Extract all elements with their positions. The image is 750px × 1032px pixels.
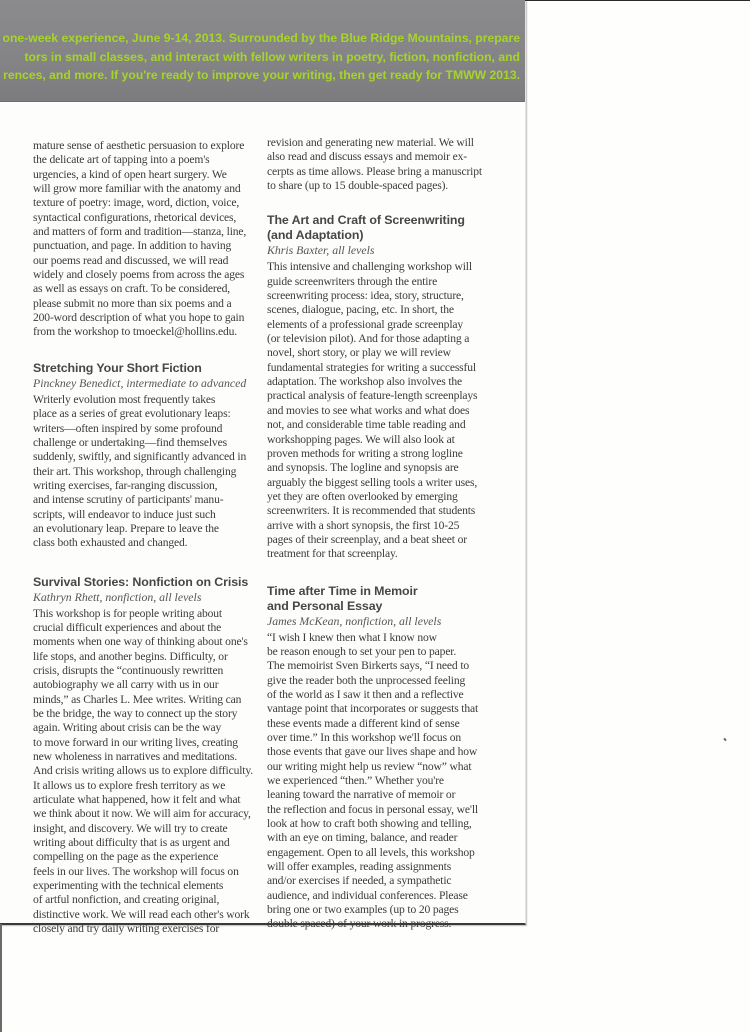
text-line: these events made a different kind of se… xyxy=(267,717,497,731)
section-byline: Kathryn Rhett, nonfiction, all levels xyxy=(33,590,263,604)
text-line: scripts, will endeavor to induce just su… xyxy=(33,508,263,522)
text-line: revision and generating new material. We… xyxy=(267,136,497,150)
scan-speck xyxy=(723,738,726,742)
text-line: arrive with a short synopsis, the first … xyxy=(267,519,497,533)
text-line: double spaced) of your work in progress. xyxy=(267,917,497,931)
text-line: please submit no more than six poems and… xyxy=(33,297,263,311)
text-line: scenes, dialogue, pacing, etc. In short,… xyxy=(267,303,497,317)
text-line: and/or exercises if needed, a sympatheti… xyxy=(267,874,497,888)
text-line: suddenly, swiftly, and significantly adv… xyxy=(33,450,263,464)
text-line: experimenting with the technical element… xyxy=(33,879,263,893)
right-column: revision and generating new material. We… xyxy=(267,136,497,932)
text-line: and synopsis. The logline and synopsis a… xyxy=(267,461,497,475)
text-line: look at how to craft both showing and te… xyxy=(267,817,497,831)
text-line: This intensive and challenging workshop … xyxy=(267,260,497,274)
text-line: writing about difficulty that is as urge… xyxy=(33,836,263,850)
banner-line: tors in small classes, and interact with… xyxy=(2,48,520,67)
text-line: syntactical configurations, rhetorical d… xyxy=(33,211,263,225)
text-line: It allows us to explore fresh territory … xyxy=(33,779,263,793)
text-line: compelling on the page as the experience xyxy=(33,850,263,864)
section-byline: Khris Baxter, all levels xyxy=(267,243,497,257)
text-line: “I wish I knew then what I know now xyxy=(267,631,497,645)
text-line: treatment for that screenplay. xyxy=(267,547,497,561)
text-line: closely and try daily writing exercises … xyxy=(33,922,263,936)
text-line: the reflection and focus in personal ess… xyxy=(267,803,497,817)
text-line: (or television pilot). And for those ada… xyxy=(267,332,497,346)
text-line: widely and closely poems from across the… xyxy=(33,268,263,282)
scanned-page: one-week experience, June 9-14, 2013. Su… xyxy=(0,0,526,925)
text-line: we experienced “then.” Whether you're xyxy=(267,774,497,788)
text-line: give the reader both the unprocessed fee… xyxy=(267,674,497,688)
text-line: and matters of form and tradition—stanza… xyxy=(33,225,263,239)
text-line: proven methods for writing a strong logl… xyxy=(267,447,497,461)
section-title-line: and Personal Essay xyxy=(267,599,497,614)
text-line: feels in our lives. The workshop will fo… xyxy=(33,865,263,879)
banner-line: one-week experience, June 9-14, 2013. Su… xyxy=(2,29,520,48)
text-line: adaptation. The workshop also involves t… xyxy=(267,375,497,389)
text-line: writing exercises, far-ranging discussio… xyxy=(33,479,263,493)
section-title: Survival Stories: Nonfiction on Crisis xyxy=(33,575,263,590)
text-line: life stops, and another begins. Difficul… xyxy=(33,650,263,664)
text-line: screenwriters. It is recommended that st… xyxy=(267,504,497,518)
text-line: with an eye on timing, balance, and read… xyxy=(267,831,497,845)
text-line: crucial difficult experiences and about … xyxy=(33,621,263,635)
text-line: the delicate art of tapping into a poem'… xyxy=(33,153,263,167)
section-title-line: (and Adaptation) xyxy=(267,228,497,243)
text-line: over time.” In this workshop we'll focus… xyxy=(267,731,497,745)
text-line: again. Writing about crisis can be the w… xyxy=(33,721,263,735)
text-line: minds,” as Charles L. Mee writes. Writin… xyxy=(33,693,263,707)
text-line: we think about it now. We will aim for a… xyxy=(33,807,263,821)
text-line: fundamental strategies for writing a suc… xyxy=(267,361,497,375)
text-line: The memoirist Sven Birkerts says, “I nee… xyxy=(267,659,497,673)
text-line: to move forward in our writing lives, cr… xyxy=(33,736,263,750)
section-body: This intensive and challenging workshop … xyxy=(267,260,497,561)
text-line: bring one or two examples (up to 20 page… xyxy=(267,903,497,917)
section-title-line: Time after Time in Memoir xyxy=(267,584,497,599)
text-line: autobiography we all carry with us in ou… xyxy=(33,678,263,692)
section-title: Time after Time in Memoir and Personal E… xyxy=(267,584,497,614)
section-title: The Art and Craft of Screenwriting (and … xyxy=(267,213,497,243)
text-line: as well as essays on craft. To be consid… xyxy=(33,282,263,296)
text-line: be the bridge, the way to connect up the… xyxy=(33,707,263,721)
section-byline: James McKean, nonfiction, all levels xyxy=(267,614,497,628)
text-line: texture of poetry: image, word, diction,… xyxy=(33,196,263,210)
section-body: “I wish I knew then what I know nowbe re… xyxy=(267,631,497,932)
text-line: our poems read and discussed, we will re… xyxy=(33,254,263,268)
text-line: of artful nonfiction, and creating origi… xyxy=(33,893,263,907)
section-title: Stretching Your Short Fiction xyxy=(33,361,263,376)
text-line: not, and considerable time table reading… xyxy=(267,418,497,432)
left-column: mature sense of aesthetic persuasion to … xyxy=(33,139,263,937)
text-line: be reason enough to set your pen to pape… xyxy=(267,645,497,659)
text-line: place as a series of great evolutionary … xyxy=(33,407,263,421)
text-line: moments when one way of thinking about o… xyxy=(33,635,263,649)
text-line: And crisis writing allows us to explore … xyxy=(33,764,263,778)
text-line: our writing might help us review “now” w… xyxy=(267,760,497,774)
scan-edge-top xyxy=(525,0,750,1)
banner-line: rences, and more. If you're ready to imp… xyxy=(2,66,520,85)
text-line: mature sense of aesthetic persuasion to … xyxy=(33,139,263,153)
text-line: writers—often inspired by some profound xyxy=(33,422,263,436)
text-line: articulate what happened, how it felt an… xyxy=(33,793,263,807)
header-banner: one-week experience, June 9-14, 2013. Su… xyxy=(0,0,525,102)
text-line: new wholeness in narratives and meditati… xyxy=(33,750,263,764)
text-line: arguably the biggest selling tools a wri… xyxy=(267,476,497,490)
text-line: audience, and individual conferences. Pl… xyxy=(267,889,497,903)
text-line: screenwriting process: idea, story, stru… xyxy=(267,289,497,303)
text-line: engagement. Open to all levels, this wor… xyxy=(267,846,497,860)
text-line: will offer examples, reading assignments xyxy=(267,860,497,874)
section-body: Writerly evolution most frequently takes… xyxy=(33,393,263,551)
text-line: crisis, disrupts the “continuously rewri… xyxy=(33,664,263,678)
text-line: and movies to see what works and what do… xyxy=(267,404,497,418)
text-line: vantage point that incorporates or sugge… xyxy=(267,702,497,716)
banner-text: one-week experience, June 9-14, 2013. Su… xyxy=(2,29,520,85)
scan-edge-left xyxy=(0,924,2,1032)
section-byline: Pinckney Benedict, intermediate to advan… xyxy=(33,376,263,390)
text-line: distinctive work. We will read each othe… xyxy=(33,908,263,922)
text-line: urgencies, a kind of open heart surgery.… xyxy=(33,168,263,182)
section-body: This workshop is for people writing abou… xyxy=(33,607,263,937)
text-line: elements of a professional grade screenp… xyxy=(267,318,497,332)
text-line: 200-word description of what you hope to… xyxy=(33,311,263,325)
text-line: pages of their screenplay, and a beat sh… xyxy=(267,533,497,547)
text-line: class both exhausted and changed. xyxy=(33,536,263,550)
section-title-line: The Art and Craft of Screenwriting xyxy=(267,213,497,228)
text-line: cerpts as time allows. Please bring a ma… xyxy=(267,165,497,179)
text-line: novel, short story, or play we will revi… xyxy=(267,346,497,360)
text-line: leaning toward the narrative of memoir o… xyxy=(267,788,497,802)
text-line: of the world as I saw it then and a refl… xyxy=(267,688,497,702)
continued-poetry-description: mature sense of aesthetic persuasion to … xyxy=(33,139,263,340)
text-line: This workshop is for people writing abou… xyxy=(33,607,263,621)
text-line: practical analysis of feature-length scr… xyxy=(267,389,497,403)
text-line: those events that gave our lives shape a… xyxy=(267,745,497,759)
text-line: will grow more familiar with the anatomy… xyxy=(33,182,263,196)
text-line: an evolutionary leap. Prepare to leave t… xyxy=(33,522,263,536)
text-line: yet they are often overlooked by emergin… xyxy=(267,490,497,504)
text-line: challenge or undertaking—find themselves xyxy=(33,436,263,450)
text-line: insight, and discovery. We will try to c… xyxy=(33,822,263,836)
text-line: and intense scrutiny of participants' ma… xyxy=(33,493,263,507)
text-line: their art. This workshop, through challe… xyxy=(33,465,263,479)
text-line: from the workshop to tmoeckel@hollins.ed… xyxy=(33,325,263,339)
text-line: also read and discuss essays and memoir … xyxy=(267,150,497,164)
text-line: to share (up to 15 double-spaced pages). xyxy=(267,179,497,193)
text-line: workshopping pages. We will also look at xyxy=(267,433,497,447)
continued-survival-description: revision and generating new material. We… xyxy=(267,136,497,193)
text-line: Writerly evolution most frequently takes xyxy=(33,393,263,407)
text-line: punctuation, and page. In addition to ha… xyxy=(33,239,263,253)
text-line: guide screenwriters through the entire xyxy=(267,275,497,289)
